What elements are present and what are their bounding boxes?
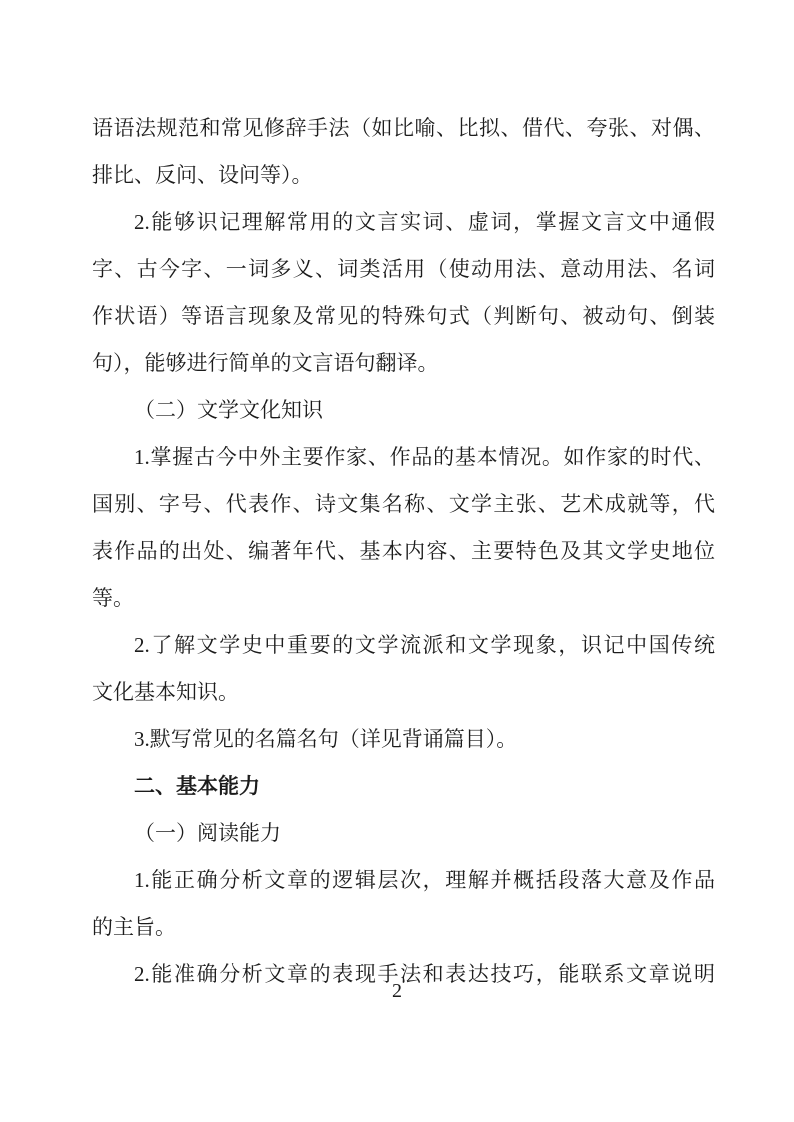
- document-body: 语语法规范和常见修辞手法（如比喻、比拟、借代、夸张、对偶、 排比、反问、设问等）…: [92, 105, 715, 998]
- paragraph: 语语法规范和常见修辞手法（如比喻、比拟、借代、夸张、对偶、 排比、反问、设问等）…: [92, 105, 715, 199]
- subsection-heading: （一）阅读能力: [92, 810, 715, 857]
- text-line: 1.掌握古今中外主要作家、作品的基本情况。如作家的时代、: [92, 434, 715, 481]
- text-line: 的主旨。: [92, 904, 715, 951]
- text-line: 句），能够进行简单的文言语句翻译。: [92, 340, 715, 387]
- paragraph: 1.掌握古今中外主要作家、作品的基本情况。如作家的时代、 国别、字号、代表作、诗…: [92, 434, 715, 622]
- text-line: 字、古今字、一词多义、词类活用（使动用法、意动用法、名词: [92, 246, 715, 293]
- text-line: 排比、反问、设问等）。: [92, 152, 715, 199]
- text-line: 2.了解文学史中重要的文学流派和文学现象，识记中国传统: [92, 622, 715, 669]
- paragraph: 1.能正确分析文章的逻辑层次，理解并概括段落大意及作品 的主旨。: [92, 857, 715, 951]
- subsection-heading: （二）文学文化知识: [92, 387, 715, 434]
- paragraph: 3.默写常见的名篇名句（详见背诵篇目）。: [92, 716, 715, 763]
- section-heading: 二、基本能力: [92, 763, 715, 810]
- text-line: 文化基本知识。: [92, 669, 715, 716]
- paragraph: 2.了解文学史中重要的文学流派和文学现象，识记中国传统 文化基本知识。: [92, 622, 715, 716]
- text-line: 作状语）等语言现象及常见的特殊句式（判断句、被动句、倒装: [92, 293, 715, 340]
- text-line: 国别、字号、代表作、诗文集名称、文学主张、艺术成就等，代: [92, 481, 715, 528]
- text-line: 2.能够识记理解常用的文言实词、虚词，掌握文言文中通假: [92, 199, 715, 246]
- paragraph: 2.能够识记理解常用的文言实词、虚词，掌握文言文中通假 字、古今字、一词多义、词…: [92, 199, 715, 387]
- text-line: 3.默写常见的名篇名句（详见背诵篇目）。: [92, 716, 715, 763]
- page-number: 2: [0, 979, 794, 1003]
- text-line: 语语法规范和常见修辞手法（如比喻、比拟、借代、夸张、对偶、: [92, 105, 715, 152]
- text-line: 等。: [92, 575, 715, 622]
- section-heading-line: 二、基本能力: [92, 763, 715, 810]
- subsection-heading-line: （一）阅读能力: [92, 810, 715, 857]
- text-line: 1.能正确分析文章的逻辑层次，理解并概括段落大意及作品: [92, 857, 715, 904]
- subsection-heading-line: （二）文学文化知识: [92, 387, 715, 434]
- document-page: 语语法规范和常见修辞手法（如比喻、比拟、借代、夸张、对偶、 排比、反问、设问等）…: [0, 0, 794, 1122]
- text-line: 表作品的出处、编著年代、基本内容、主要特色及其文学史地位: [92, 528, 715, 575]
